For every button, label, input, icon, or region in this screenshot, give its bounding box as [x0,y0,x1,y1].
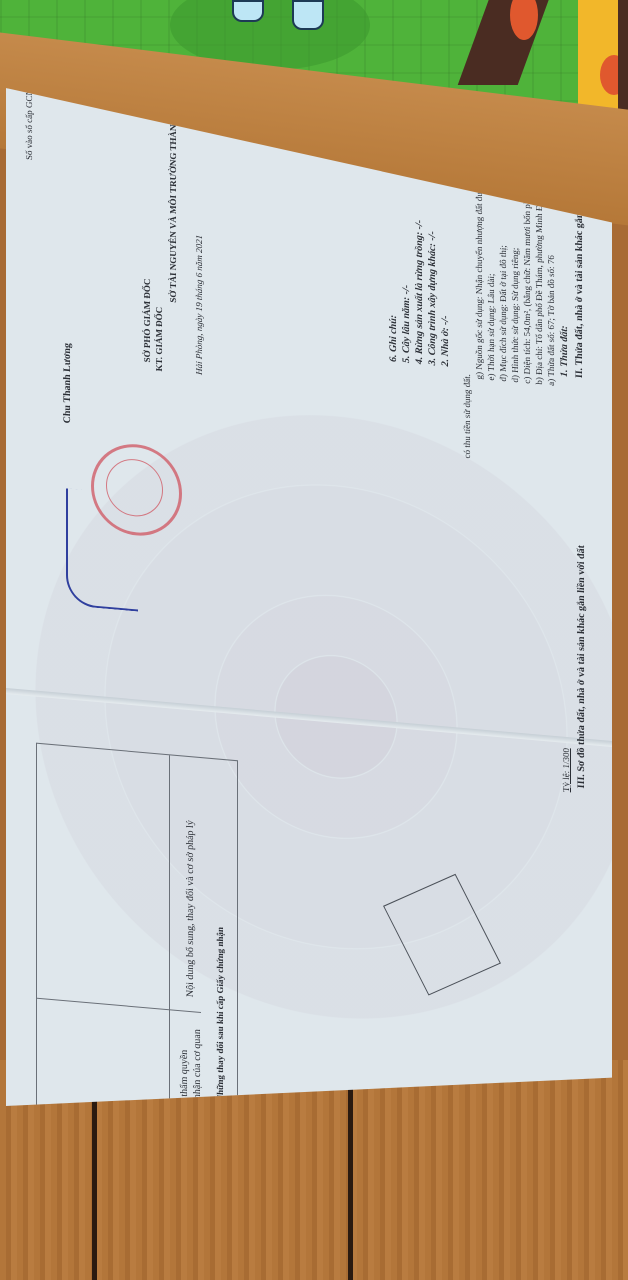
place-date: Hải Phòng, ngày 19 tháng 6 năm 2021 [194,234,204,375]
signer-name: Chu Thanh Lương [62,343,73,424]
item-5: 5. Cây lâu năm: -/- [401,284,412,363]
line-e: e) Thời hạn sử dụng: Lâu dài; [486,273,496,381]
signature [66,488,138,611]
kt-giam-doc: KT. GIÁM ĐỐC [154,306,164,371]
line-a: a) Thửa đất số: 67; Tờ bản đồ số: 76 [546,255,556,386]
map-scale: Tỷ lệ: 1/300 [561,748,571,793]
section-iv-title: IV. Những thay đổi sau khi cấp Giấy chứn… [215,927,225,1116]
item-2: 2. Nhà ở: -/- [440,315,451,367]
section-iii-title: III. Sơ đồ thửa đất, nhà ở và tài sản kh… [576,545,587,789]
line-dd: đ) Mục đích sử dụng: Đất ở tại đô thị; [498,245,508,382]
deputy-director: SỞ PHÓ GIÁM ĐỐC [142,278,152,363]
section-ii-sub1: 1. Thửa đất: [559,325,570,377]
line-d: d) Hình thức sử dụng: Sử dụng riêng; [510,247,520,383]
certificate-page: II. Thửa đất, nhà ở và tài sản khác gắn … [6,88,612,1159]
line-g2: có thu tiền sử dụng đất. [462,374,472,459]
item-6: 6. Ghi chú: [388,314,399,362]
column-changes-header: Nội dung bổ sung, thay đổi và cơ sở pháp… [185,820,196,998]
item-3: 3. Công trình xây dựng khác: -/- [427,231,438,366]
item-4: 4. Rừng sản xuất là rừng trồng: -/- [414,219,425,364]
